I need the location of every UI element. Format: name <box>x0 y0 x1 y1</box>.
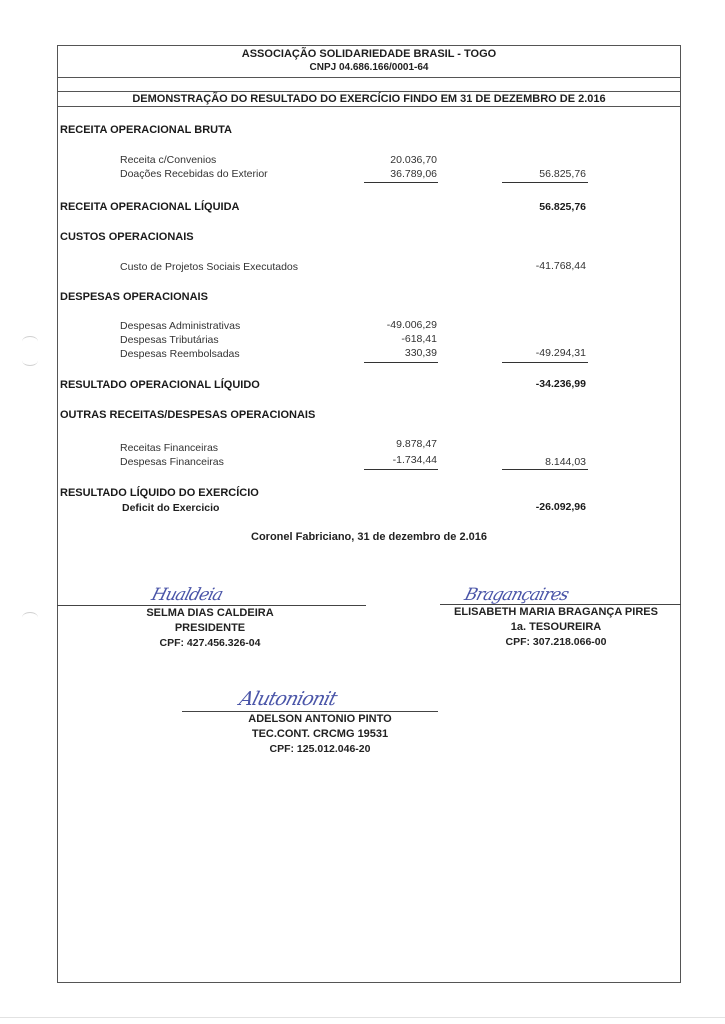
place-date: Coronel Fabriciano, 31 de dezembro de 2.… <box>57 531 681 543</box>
sum-underline <box>502 469 588 470</box>
section-title-resultado-liquido: RESULTADO LÍQUIDO DO EXERCÍCIO <box>60 487 259 499</box>
line-item-label: Despesas Tributárias <box>120 334 219 346</box>
subtotal-value: 56.825,76 <box>486 168 586 180</box>
signatory-name: ELISABETH MARIA BRAGANÇA PIRES <box>436 606 676 618</box>
line-item-label: Receitas Financeiras <box>120 442 218 454</box>
handwritten-signature: Hualdeia <box>149 585 224 605</box>
section-title-resultado-operacional: RESULTADO OPERACIONAL LÍQUIDO <box>60 379 260 391</box>
header-divider <box>57 106 681 107</box>
line-item-value: -1.734,44 <box>337 454 437 466</box>
signatory-name: ADELSON ANTONIO PINTO <box>200 713 440 725</box>
header-divider <box>57 77 681 78</box>
signatory-role: 1a. TESOUREIRA <box>436 621 676 633</box>
net-result-value: -26.092,96 <box>486 501 586 513</box>
signatory-role: PRESIDENTE <box>100 622 320 634</box>
cnpj: CNPJ 04.686.166/0001-64 <box>57 62 681 74</box>
signatory-cpf: CPF: 307.218.066-00 <box>436 636 676 648</box>
section-title-custos: CUSTOS OPERACIONAIS <box>60 231 194 243</box>
line-item-value: 330,39 <box>337 347 437 359</box>
document-frame <box>57 45 681 983</box>
punch-hole-mark <box>22 355 38 366</box>
section-title-outras: OUTRAS RECEITAS/DESPESAS OPERACIONAIS <box>60 409 315 421</box>
total-value: 56.825,76 <box>486 201 586 213</box>
line-item-label: Despesas Financeiras <box>120 456 224 468</box>
signature-line <box>440 604 681 605</box>
line-item-label: Custo de Projetos Sociais Executados <box>120 261 298 273</box>
signatory-cpf: CPF: 427.456.326-04 <box>100 637 320 649</box>
sum-underline <box>502 182 588 183</box>
section-title-receita-liquida: RECEITA OPERACIONAL LÍQUIDA <box>60 201 239 213</box>
signatory-name: SELMA DIAS CALDEIRA <box>100 607 320 619</box>
organization-name: ASSOCIAÇÃO SOLIDARIEDADE BRASIL - TOGO <box>57 48 681 60</box>
line-item-label: Despesas Reembolsadas <box>120 348 240 360</box>
line-item-label: Doações Recebidas do Exterior <box>120 168 268 180</box>
section-title-despesas: DESPESAS OPERACIONAIS <box>60 291 208 303</box>
page-edge <box>0 1017 725 1018</box>
total-value: -34.236,99 <box>486 378 586 390</box>
sum-underline <box>364 362 438 363</box>
subtotal-value: 8.144,03 <box>486 456 586 468</box>
line-item-value: -49.006,29 <box>337 319 437 331</box>
deficit-label: Deficit do Exercicio <box>122 502 219 514</box>
line-item-value: -618,41 <box>337 333 437 345</box>
signature-line <box>57 605 366 606</box>
signature-line <box>182 711 438 712</box>
punch-hole-mark <box>22 612 38 623</box>
statement-title: DEMONSTRAÇÃO DO RESULTADO DO EXERCÍCIO F… <box>57 93 681 105</box>
line-item-value: 36.789,06 <box>337 168 437 180</box>
line-item-value: 20.036,70 <box>337 154 437 166</box>
punch-hole-mark <box>22 336 38 347</box>
line-item-label: Despesas Administrativas <box>120 320 240 332</box>
signatory-role: TEC.CONT. CRCMG 19531 <box>200 728 440 740</box>
subtotal-value: -41.768,44 <box>486 260 586 272</box>
line-item-value: 9.878,47 <box>337 438 437 450</box>
sum-underline <box>364 469 438 470</box>
subtotal-value: -49.294,31 <box>486 347 586 359</box>
line-item-label: Receita c/Convenios <box>120 154 216 166</box>
handwritten-signature: Bragançaires <box>462 585 570 605</box>
signatory-cpf: CPF: 125.012.046-20 <box>200 743 440 755</box>
sum-underline <box>502 362 588 363</box>
handwritten-signature: Alutonionit <box>237 688 339 710</box>
header-divider <box>57 91 681 92</box>
sum-underline <box>364 182 438 183</box>
section-title-receita-bruta: RECEITA OPERACIONAL BRUTA <box>60 124 232 136</box>
